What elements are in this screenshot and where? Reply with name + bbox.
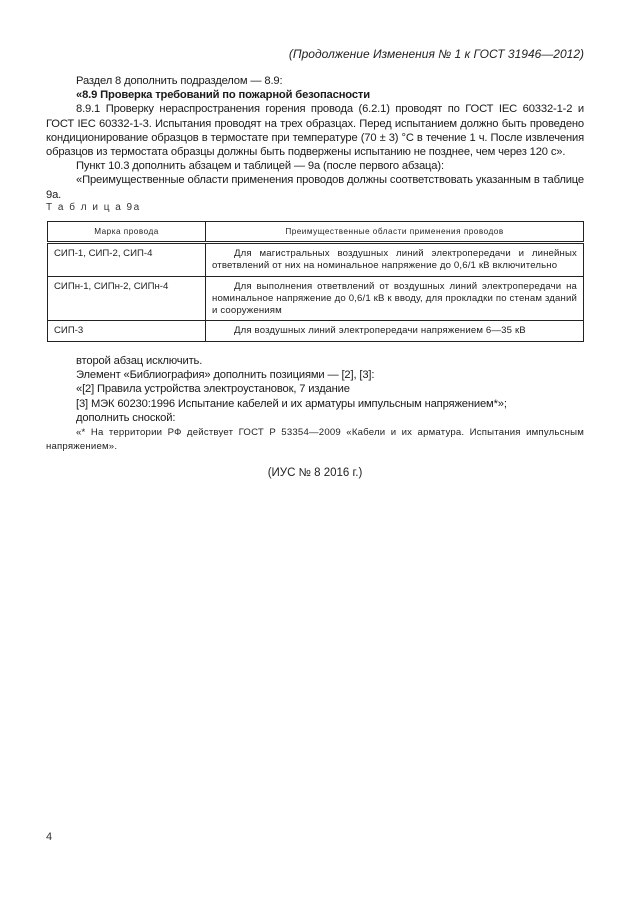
paragraph-10-3: Пункт 10.3 дополнить абзацем и таблицей … xyxy=(46,159,584,173)
cell-mark: СИПн-1, СИПн-2, СИПн-4 xyxy=(48,276,206,321)
cell-mark: СИП-1, СИП-2, СИП-4 xyxy=(48,243,206,277)
table-9a: Марка провода Преимущественные области п… xyxy=(47,221,584,342)
cell-area: Для магистральных воздушных линий электр… xyxy=(206,243,584,277)
main-text: Раздел 8 дополнить подразделом — 8.9: «8… xyxy=(46,74,584,202)
line-bibliography: Элемент «Библиография» дополнить позиция… xyxy=(46,368,584,382)
table-caption: Т а б л и ц а 9а xyxy=(46,202,141,213)
publication-note: (ИУС № 8 2016 г.) xyxy=(0,467,630,479)
table-row: СИП-3 Для воздушных линий электропередач… xyxy=(48,321,584,341)
footnote: «* На территории РФ действует ГОСТ Р 533… xyxy=(46,426,584,453)
line-exclude-paragraph: второй абзац исключить. xyxy=(46,354,584,368)
table-header-row: Марка провода Преимущественные области п… xyxy=(48,222,584,243)
paragraph-section-8: Раздел 8 дополнить подразделом — 8.9: xyxy=(46,74,584,88)
cell-mark: СИП-3 xyxy=(48,321,206,341)
line-ref-2: «[2] Правила устройства электроустановок… xyxy=(46,382,584,396)
table-row: СИП-1, СИП-2, СИП-4 Для магистральных во… xyxy=(48,243,584,277)
continuation-note: (Продолжение Изменения № 1 к ГОСТ 31946—… xyxy=(289,47,584,61)
table-row: СИПн-1, СИПн-2, СИПн-4 Для выполнения от… xyxy=(48,276,584,321)
paragraph-table-ref: «Преимущественные области применения про… xyxy=(46,173,584,201)
footnote-text: «* На территории РФ действует ГОСТ Р 533… xyxy=(46,426,584,453)
subsection-heading-8-9: «8.9 Проверка требований по пожарной без… xyxy=(46,88,584,102)
paragraph-8-9-1: 8.9.1 Проверку нераспространения горения… xyxy=(46,102,584,159)
column-header-mark: Марка провода xyxy=(48,222,206,243)
column-header-area: Преимущественные области применения пров… xyxy=(206,222,584,243)
cell-area: Для выполнения ответвлений от воздушных … xyxy=(206,276,584,321)
line-add-footnote: дополнить сноской: xyxy=(46,411,584,425)
line-ref-3: [3] МЭК 60230:1996 Испытание кабелей и и… xyxy=(46,397,584,411)
cell-area: Для воздушных линий электропередачи напр… xyxy=(206,321,584,341)
page-number: 4 xyxy=(46,831,52,843)
after-table-text: второй абзац исключить. Элемент «Библиог… xyxy=(46,354,584,425)
